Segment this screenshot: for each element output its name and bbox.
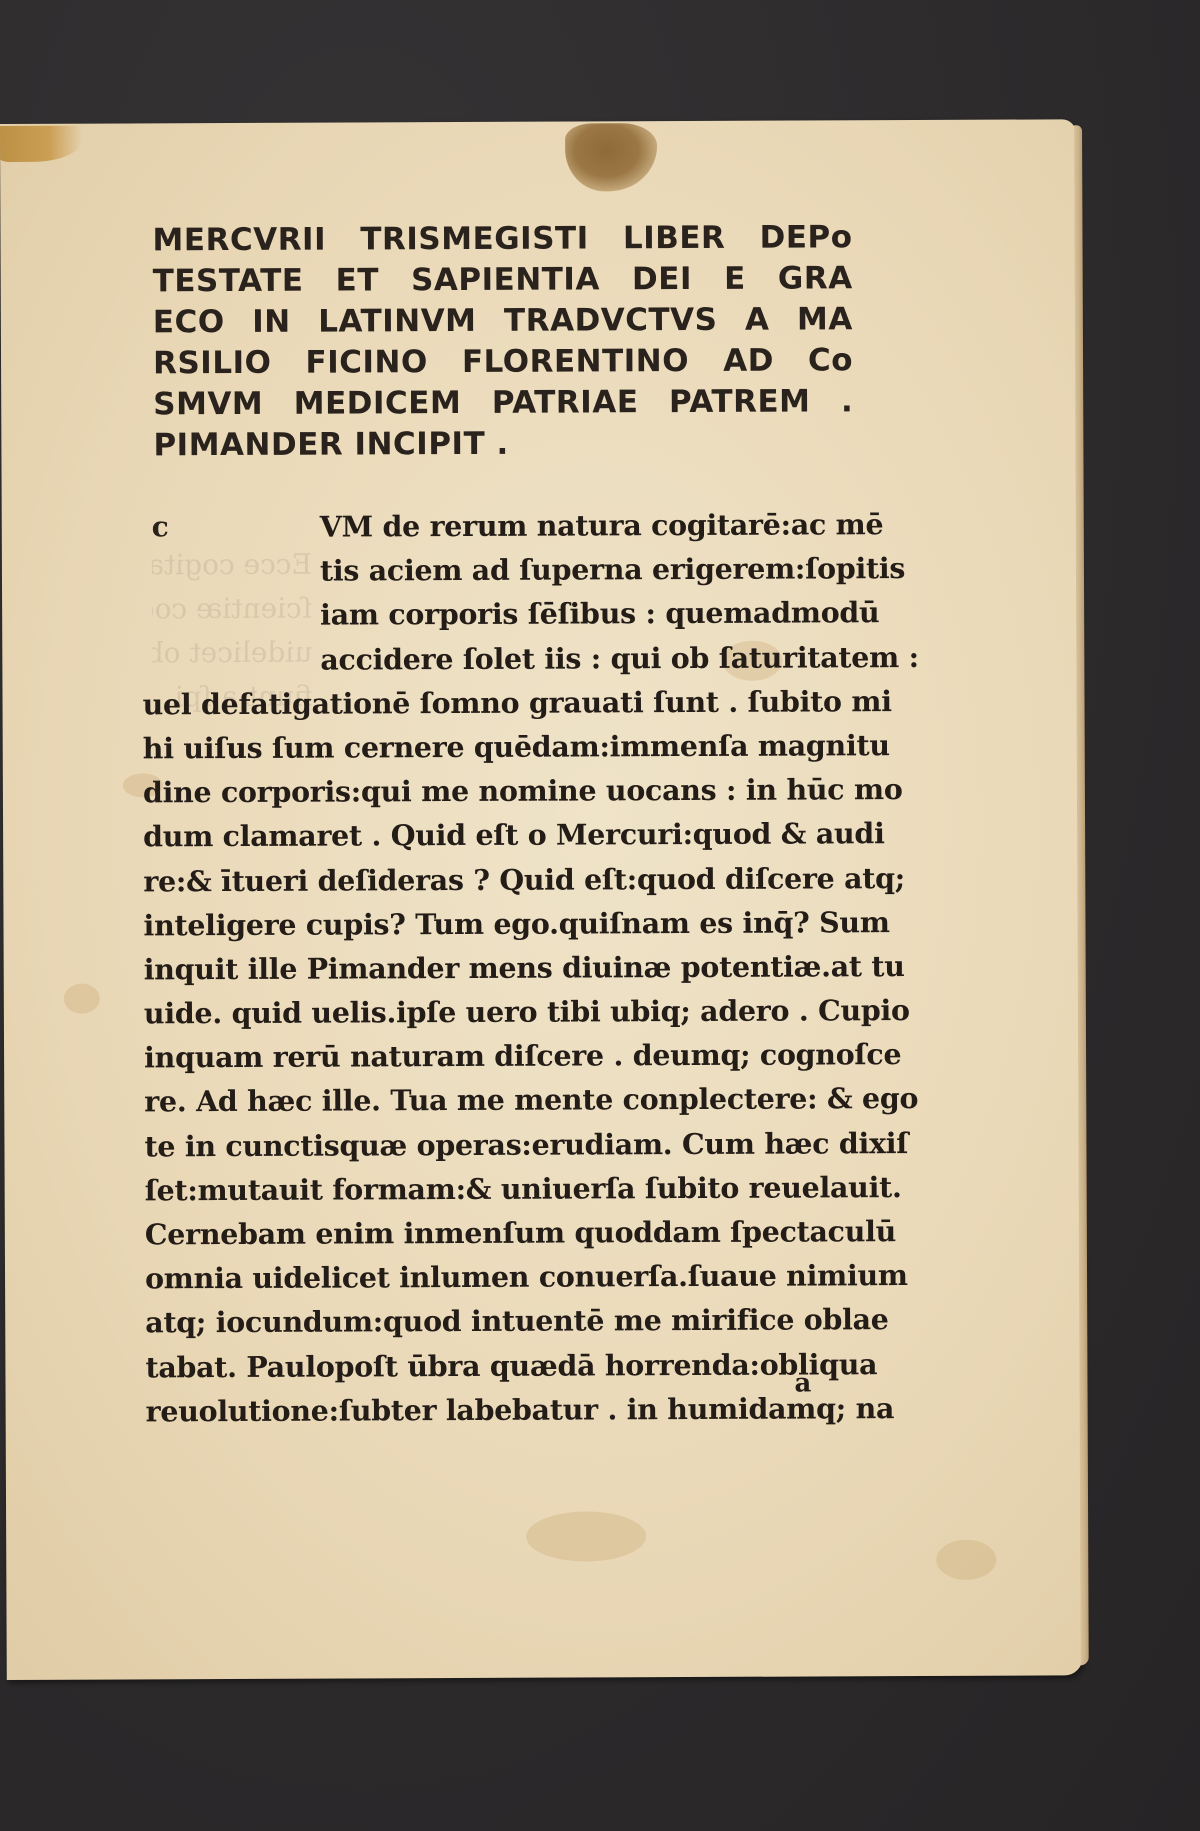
text-line: hi uiſus ſum cernere quēdam:immenſa magn… bbox=[143, 723, 843, 770]
text-line: VM de rerum natura cogitarē:ac mē bbox=[142, 502, 842, 549]
text-line: iam corporis ſēſibus : quemadmodū bbox=[142, 591, 842, 638]
text-line: omnia uidelicet inlumen conuerſa.ſuaue n… bbox=[145, 1254, 845, 1301]
text-line: re:& ītueri deſideras ? Quid eſt:quod di… bbox=[143, 856, 843, 903]
text-line: inquit ille Pimander mens diuinæ potenti… bbox=[144, 944, 844, 991]
book-page: MERCVRII TRISMEGISTI LIBER DEPo TESTATE … bbox=[0, 119, 1083, 1680]
title-line: RSILIO FICINO FLORENTINO AD Co bbox=[153, 340, 853, 384]
text-line: accidere ſolet iis : qui ob ſaturitatem … bbox=[142, 635, 842, 682]
title-line: SMVM MEDICEM PATRIAE PATREM . bbox=[153, 381, 853, 425]
foxing-spot bbox=[936, 1540, 996, 1580]
text-line: dine corporis:qui me nomine uocans : in … bbox=[143, 767, 843, 814]
text-line: tabat. Paulopoſt ūbra quædā horrenda:obl… bbox=[145, 1342, 845, 1389]
text-line: inquam rerū naturam diſcere . deumq; cog… bbox=[144, 1033, 844, 1080]
text-line: inteligere cupis? Tum ego.quiſnam es inq… bbox=[143, 900, 843, 947]
foxing-spot bbox=[64, 984, 100, 1014]
text-line: Cernebam enim inmenſum quoddam ſpectacul… bbox=[145, 1209, 845, 1256]
title-line: MERCVRII TRISMEGISTI LIBER DEPo bbox=[152, 217, 852, 261]
text-line: reuolutione:ſubter labebatur . in humida… bbox=[146, 1386, 846, 1433]
title-block: MERCVRII TRISMEGISTI LIBER DEPo TESTATE … bbox=[152, 217, 853, 466]
foxing-spot bbox=[526, 1511, 646, 1562]
title-line: ECO IN LATINVM TRADVCTVS A MA bbox=[153, 299, 853, 343]
signature-mark: a bbox=[794, 1368, 811, 1398]
text-line: te in cunctisquæ operas:erudiam. Cum hæc… bbox=[144, 1121, 844, 1168]
water-stain-left bbox=[0, 126, 82, 162]
text-line: uel defatigationē ſomno grauati ſunt . ſ… bbox=[142, 679, 842, 726]
title-line-incipit: PIMANDER INCIPIT . bbox=[153, 422, 853, 466]
body-text: VM de rerum natura cogitarē:ac mē tis ac… bbox=[142, 502, 846, 1433]
text-line: tis aciem ad ſuperna erigerem:ſopitis bbox=[142, 547, 842, 594]
water-stain-top bbox=[565, 123, 657, 191]
text-line: uide. quid uelis.ipſe uero tibi ubiq; ad… bbox=[144, 988, 844, 1035]
text-line: atq; iocundum:quod intuentē me mirifice … bbox=[145, 1298, 845, 1345]
text-line: ſet:mutauit formam:& uniuerſa ſubito reu… bbox=[145, 1165, 845, 1212]
title-line: TESTATE ET SAPIENTIA DEI E GRA bbox=[153, 258, 853, 302]
text-line: dum clamaret . Quid eſt o Mercuri:quod &… bbox=[143, 812, 843, 859]
text-line: re. Ad hæc ille. Tua me mente conplecter… bbox=[144, 1077, 844, 1124]
